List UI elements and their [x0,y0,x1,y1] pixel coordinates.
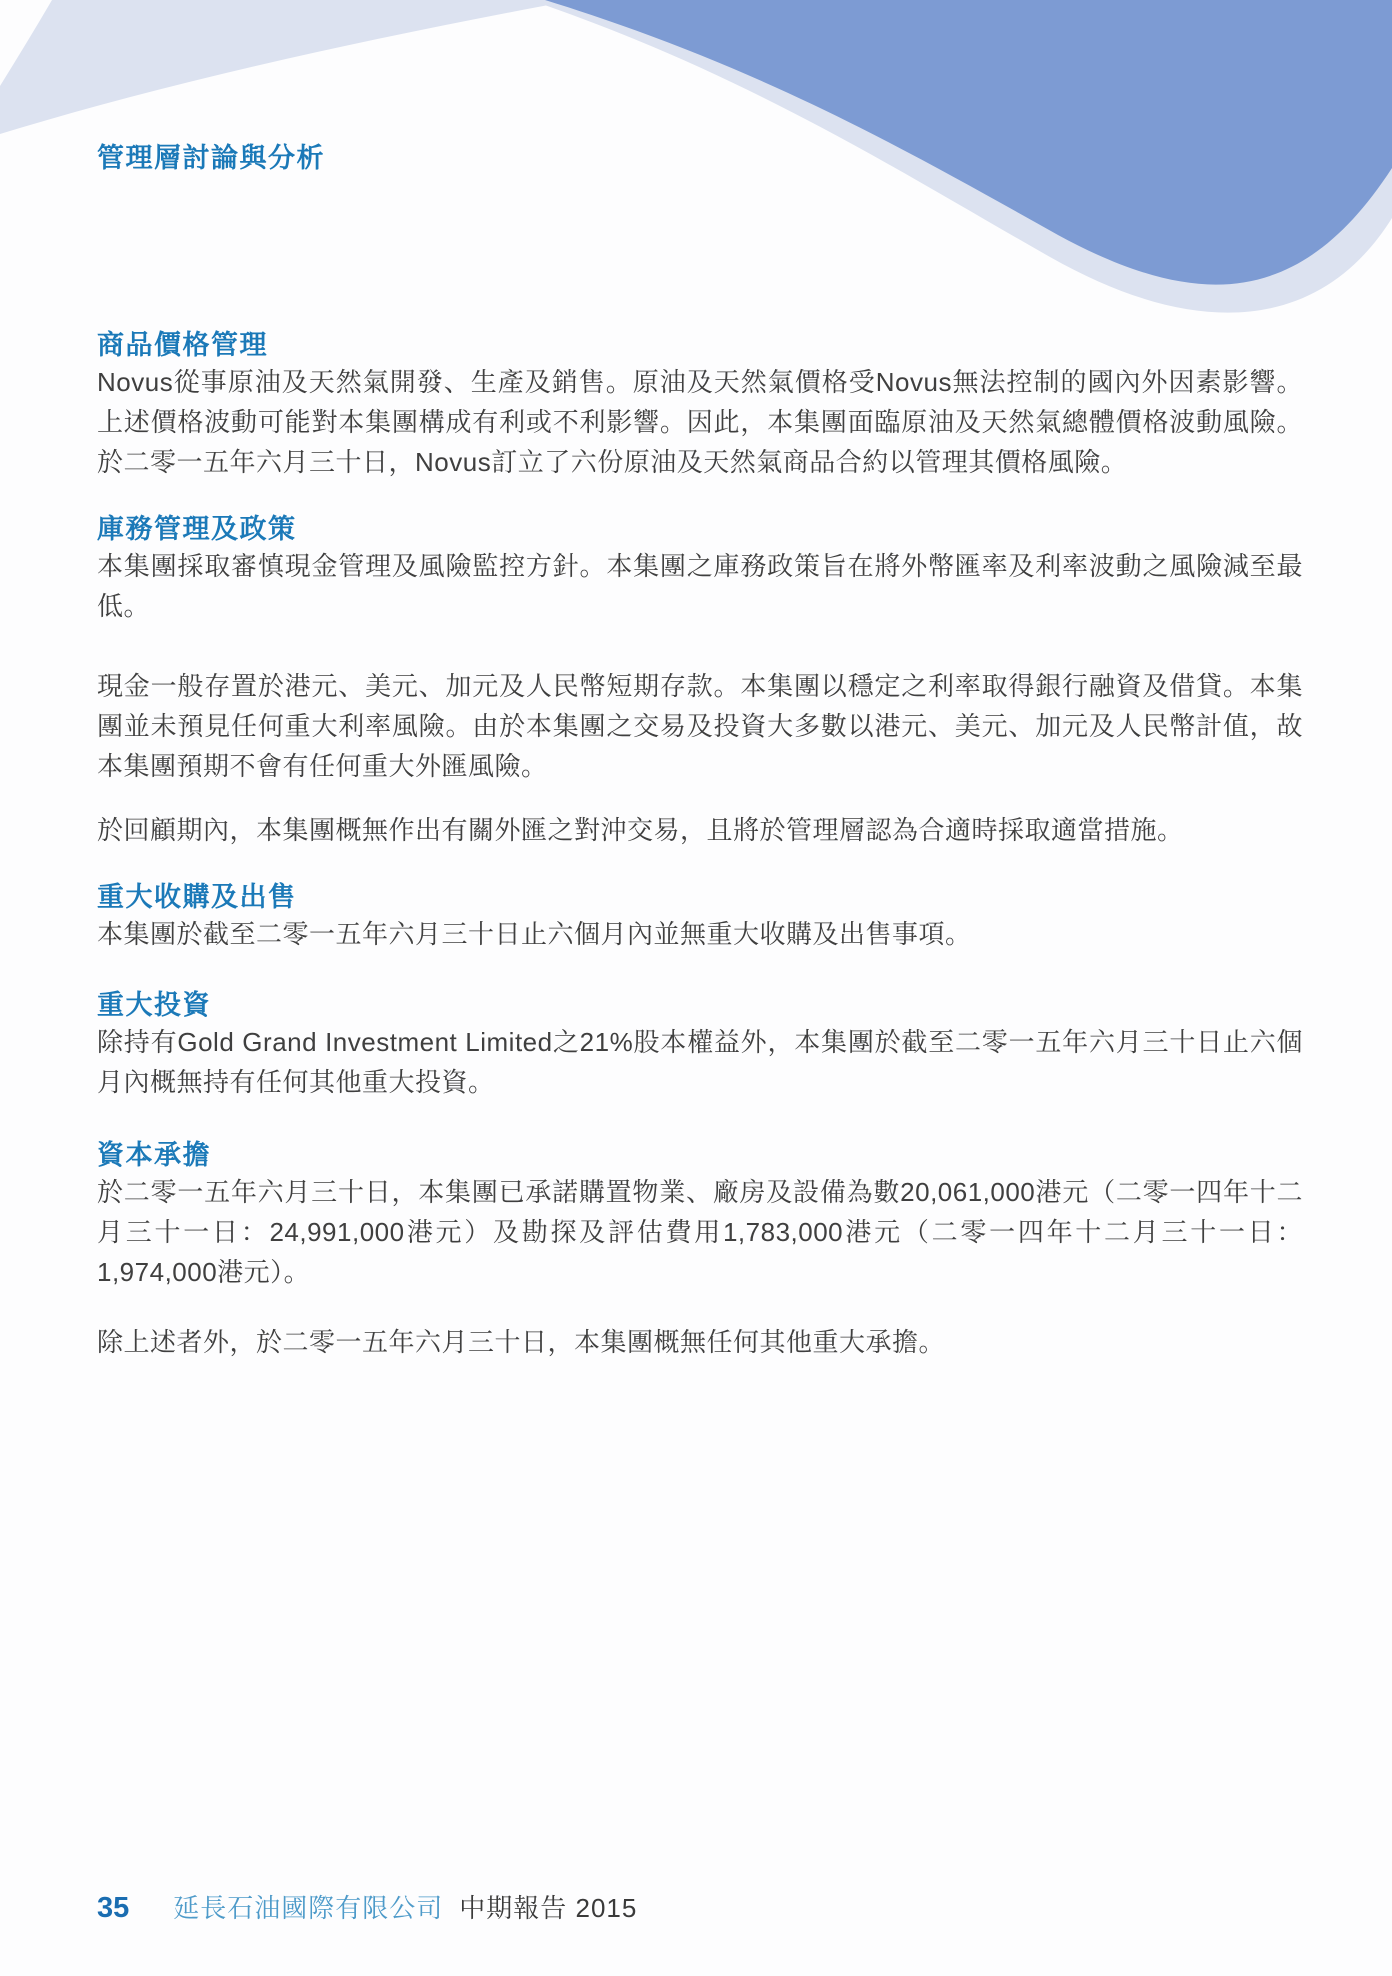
section-heading-commodity-price: 商品價格管理 [97,328,1303,362]
paragraph: 現金一般存置於港元、美元、加元及人民幣短期存款。本集團以穩定之利率取得銀行融資及… [97,666,1303,786]
section-heading-capital-commitments: 資本承擔 [97,1138,1303,1172]
footer-report-title: 中期報告 2015 [459,1888,637,1925]
page-number: 35 [97,1892,129,1925]
paragraph: 本集團於截至二零一五年六月三十日止六個月內並無重大收購及出售事項。 [97,914,1303,954]
paragraph: 於二零一五年六月三十日，本集團已承諾購置物業、廠房及設備為數20,061,000… [97,1172,1303,1292]
main-content: 管理層討論與分析 商品價格管理 Novus從事原油及天然氣開發、生產及銷售。原油… [97,0,1303,1362]
paragraph: 本集團採取審慎現金管理及風險監控方針。本集團之庫務政策旨在將外幣匯率及利率波動之… [97,546,1303,626]
page-title: 管理層討論與分析 [97,141,1303,175]
paragraph: Novus從事原油及天然氣開發、生產及銷售。原油及天然氣價格受Novus無法控制… [97,362,1303,482]
report-page: 管理層討論與分析 商品價格管理 Novus從事原油及天然氣開發、生產及銷售。原油… [0,0,1392,1976]
paragraph: 除上述者外，於二零一五年六月三十日，本集團概無任何其他重大承擔。 [97,1322,1303,1362]
section-heading-significant-investments: 重大投資 [97,988,1303,1022]
page-footer: 35 延長石油國際有限公司 中期報告 2015 [97,1888,637,1925]
section-heading-acquisitions-disposals: 重大收購及出售 [97,880,1303,914]
paragraph: 於回顧期內，本集團概無作出有關外匯之對沖交易，且將於管理層認為合適時採取適當措施… [97,810,1303,850]
footer-company-name: 延長石油國際有限公司 [173,1888,443,1925]
paragraph: 除持有Gold Grand Investment Limited之21%股本權益… [97,1022,1303,1102]
section-heading-treasury: 庫務管理及政策 [97,512,1303,546]
